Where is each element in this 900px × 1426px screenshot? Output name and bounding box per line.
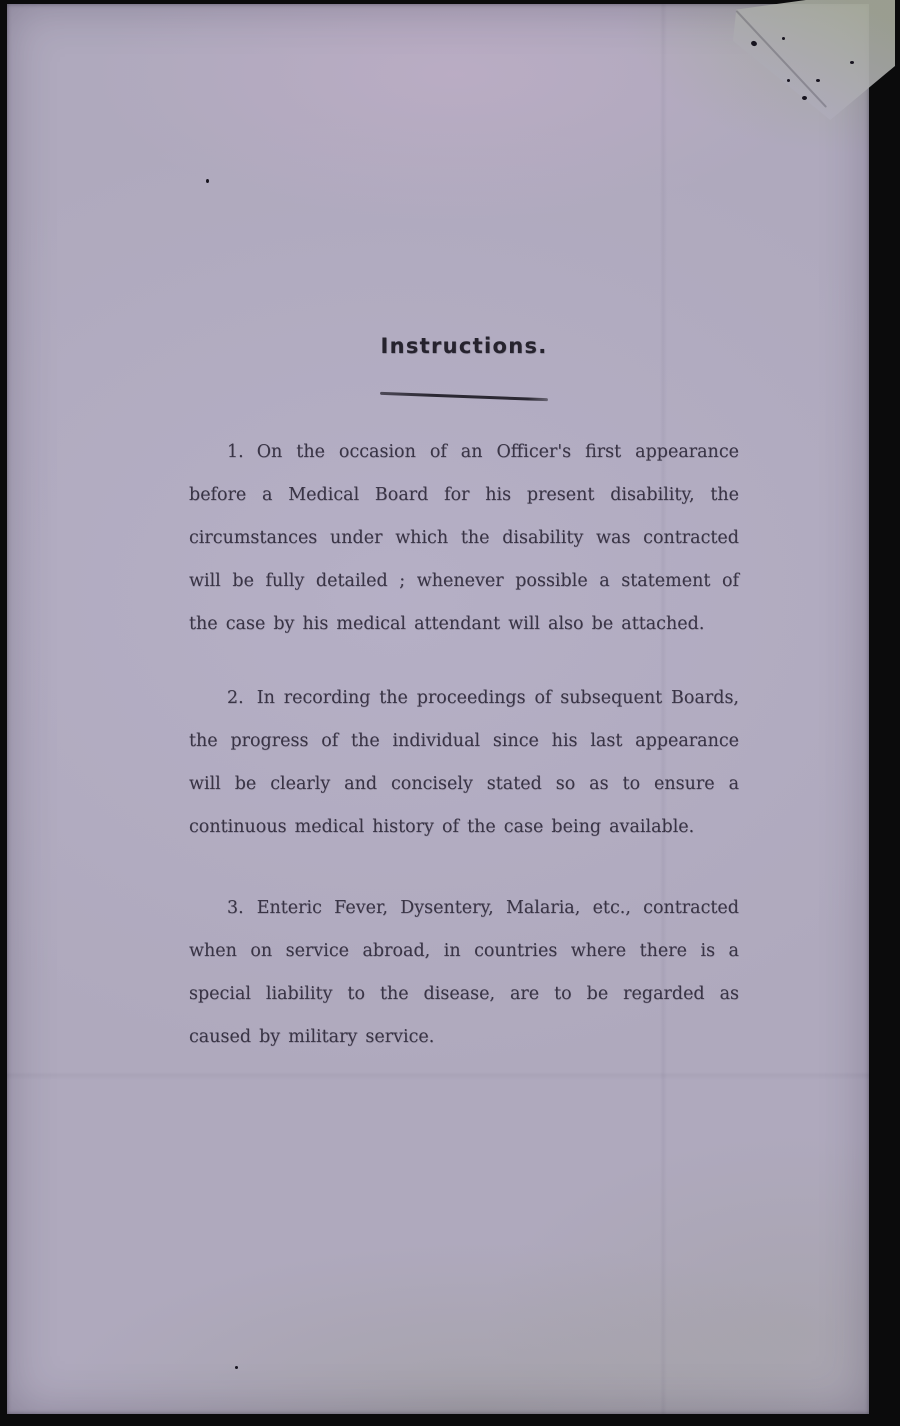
paragraph-1-text: On the occasion of an Officer's first ap… <box>189 442 739 634</box>
page-title: Instructions. <box>189 334 739 358</box>
title-rule-divider <box>380 392 548 401</box>
paper-sheet: Instructions. 1.On the occasion of an Of… <box>7 4 869 1414</box>
ink-speck <box>782 37 785 40</box>
ink-speck <box>850 61 854 64</box>
ink-speck <box>802 96 807 100</box>
paragraph-3-text: Enteric Fever, Dysentery, Malaria, etc.,… <box>189 898 739 1047</box>
paragraph-3-number: 3. <box>227 898 244 918</box>
ink-speck <box>787 79 790 82</box>
ink-speck <box>235 1366 238 1369</box>
paragraph-1-number: 1. <box>227 442 244 462</box>
instruction-paragraph-2: 2.In recording the proceedings of subseq… <box>189 677 739 849</box>
paragraph-2-number: 2. <box>227 688 244 708</box>
ink-speck <box>206 179 209 183</box>
printed-content: Instructions. 1.On the occasion of an Of… <box>189 4 739 1059</box>
instruction-paragraph-3: 3.Enteric Fever, Dysentery, Malaria, etc… <box>189 887 739 1059</box>
instruction-paragraph-1: 1.On the occasion of an Officer's first … <box>189 431 739 646</box>
paragraph-2-text: In recording the proceedings of subseque… <box>189 688 739 837</box>
scanned-document-page: Instructions. 1.On the occasion of an Of… <box>0 0 900 1426</box>
ink-speck <box>816 79 820 82</box>
